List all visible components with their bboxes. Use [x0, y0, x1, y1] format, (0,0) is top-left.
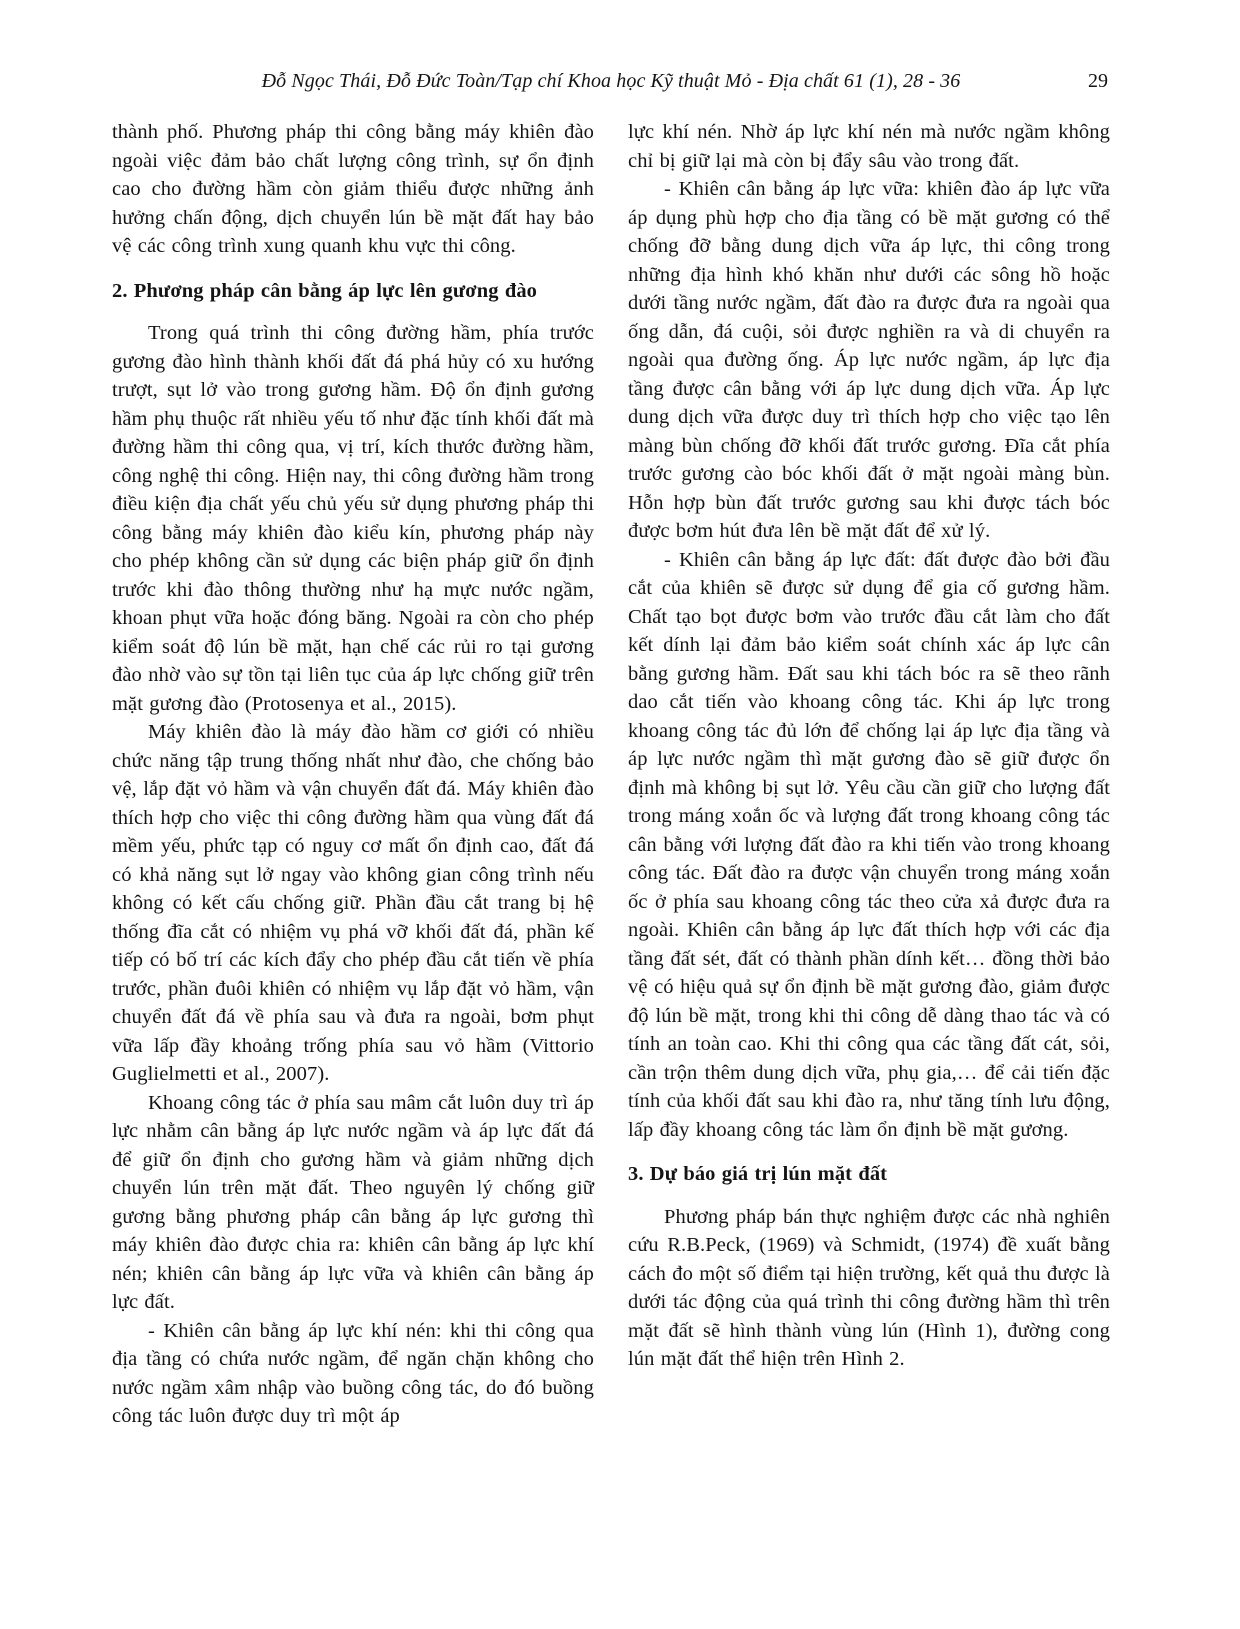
page-number: 29 — [1088, 70, 1108, 93]
journal-page: Đỗ Ngọc Thái, Đỗ Đức Toàn/Tạp chí Khoa h… — [0, 0, 1240, 1629]
paragraph: - Khiên cân bằng áp lực đất: đất được đà… — [628, 546, 1110, 1145]
paragraph: Máy khiên đào là máy đào hầm cơ giới có … — [112, 718, 594, 1089]
paragraph: Phương pháp bán thực nghiệm được các nhà… — [628, 1203, 1110, 1374]
paragraph: - Khiên cân bằng áp lực vữa: khiên đào á… — [628, 175, 1110, 546]
paragraph: Khoang công tác ở phía sau mâm cắt luôn … — [112, 1089, 594, 1317]
paragraph-continuation: thành phố. Phương pháp thi công bằng máy… — [112, 118, 594, 261]
page-header: Đỗ Ngọc Thái, Đỗ Đức Toàn/Tạp chí Khoa h… — [112, 70, 1110, 100]
text-columns: thành phố. Phương pháp thi công bằng máy… — [112, 118, 1110, 1431]
paragraph: - Khiên cân bằng áp lực khí nén: khi thi… — [112, 1317, 594, 1431]
section-heading-2: 2. Phương pháp cân bằng áp lực lên gương… — [112, 277, 594, 306]
section-heading-3: 3. Dự báo giá trị lún mặt đất — [628, 1160, 1110, 1189]
paragraph-continuation: lực khí nén. Nhờ áp lực khí nén mà nước … — [628, 118, 1110, 175]
running-title: Đỗ Ngọc Thái, Đỗ Đức Toàn/Tạp chí Khoa h… — [112, 70, 1110, 93]
paragraph: Trong quá trình thi công đường hầm, phía… — [112, 319, 594, 718]
right-column: lực khí nén. Nhờ áp lực khí nén mà nước … — [628, 118, 1110, 1431]
left-column: thành phố. Phương pháp thi công bằng máy… — [112, 118, 594, 1431]
